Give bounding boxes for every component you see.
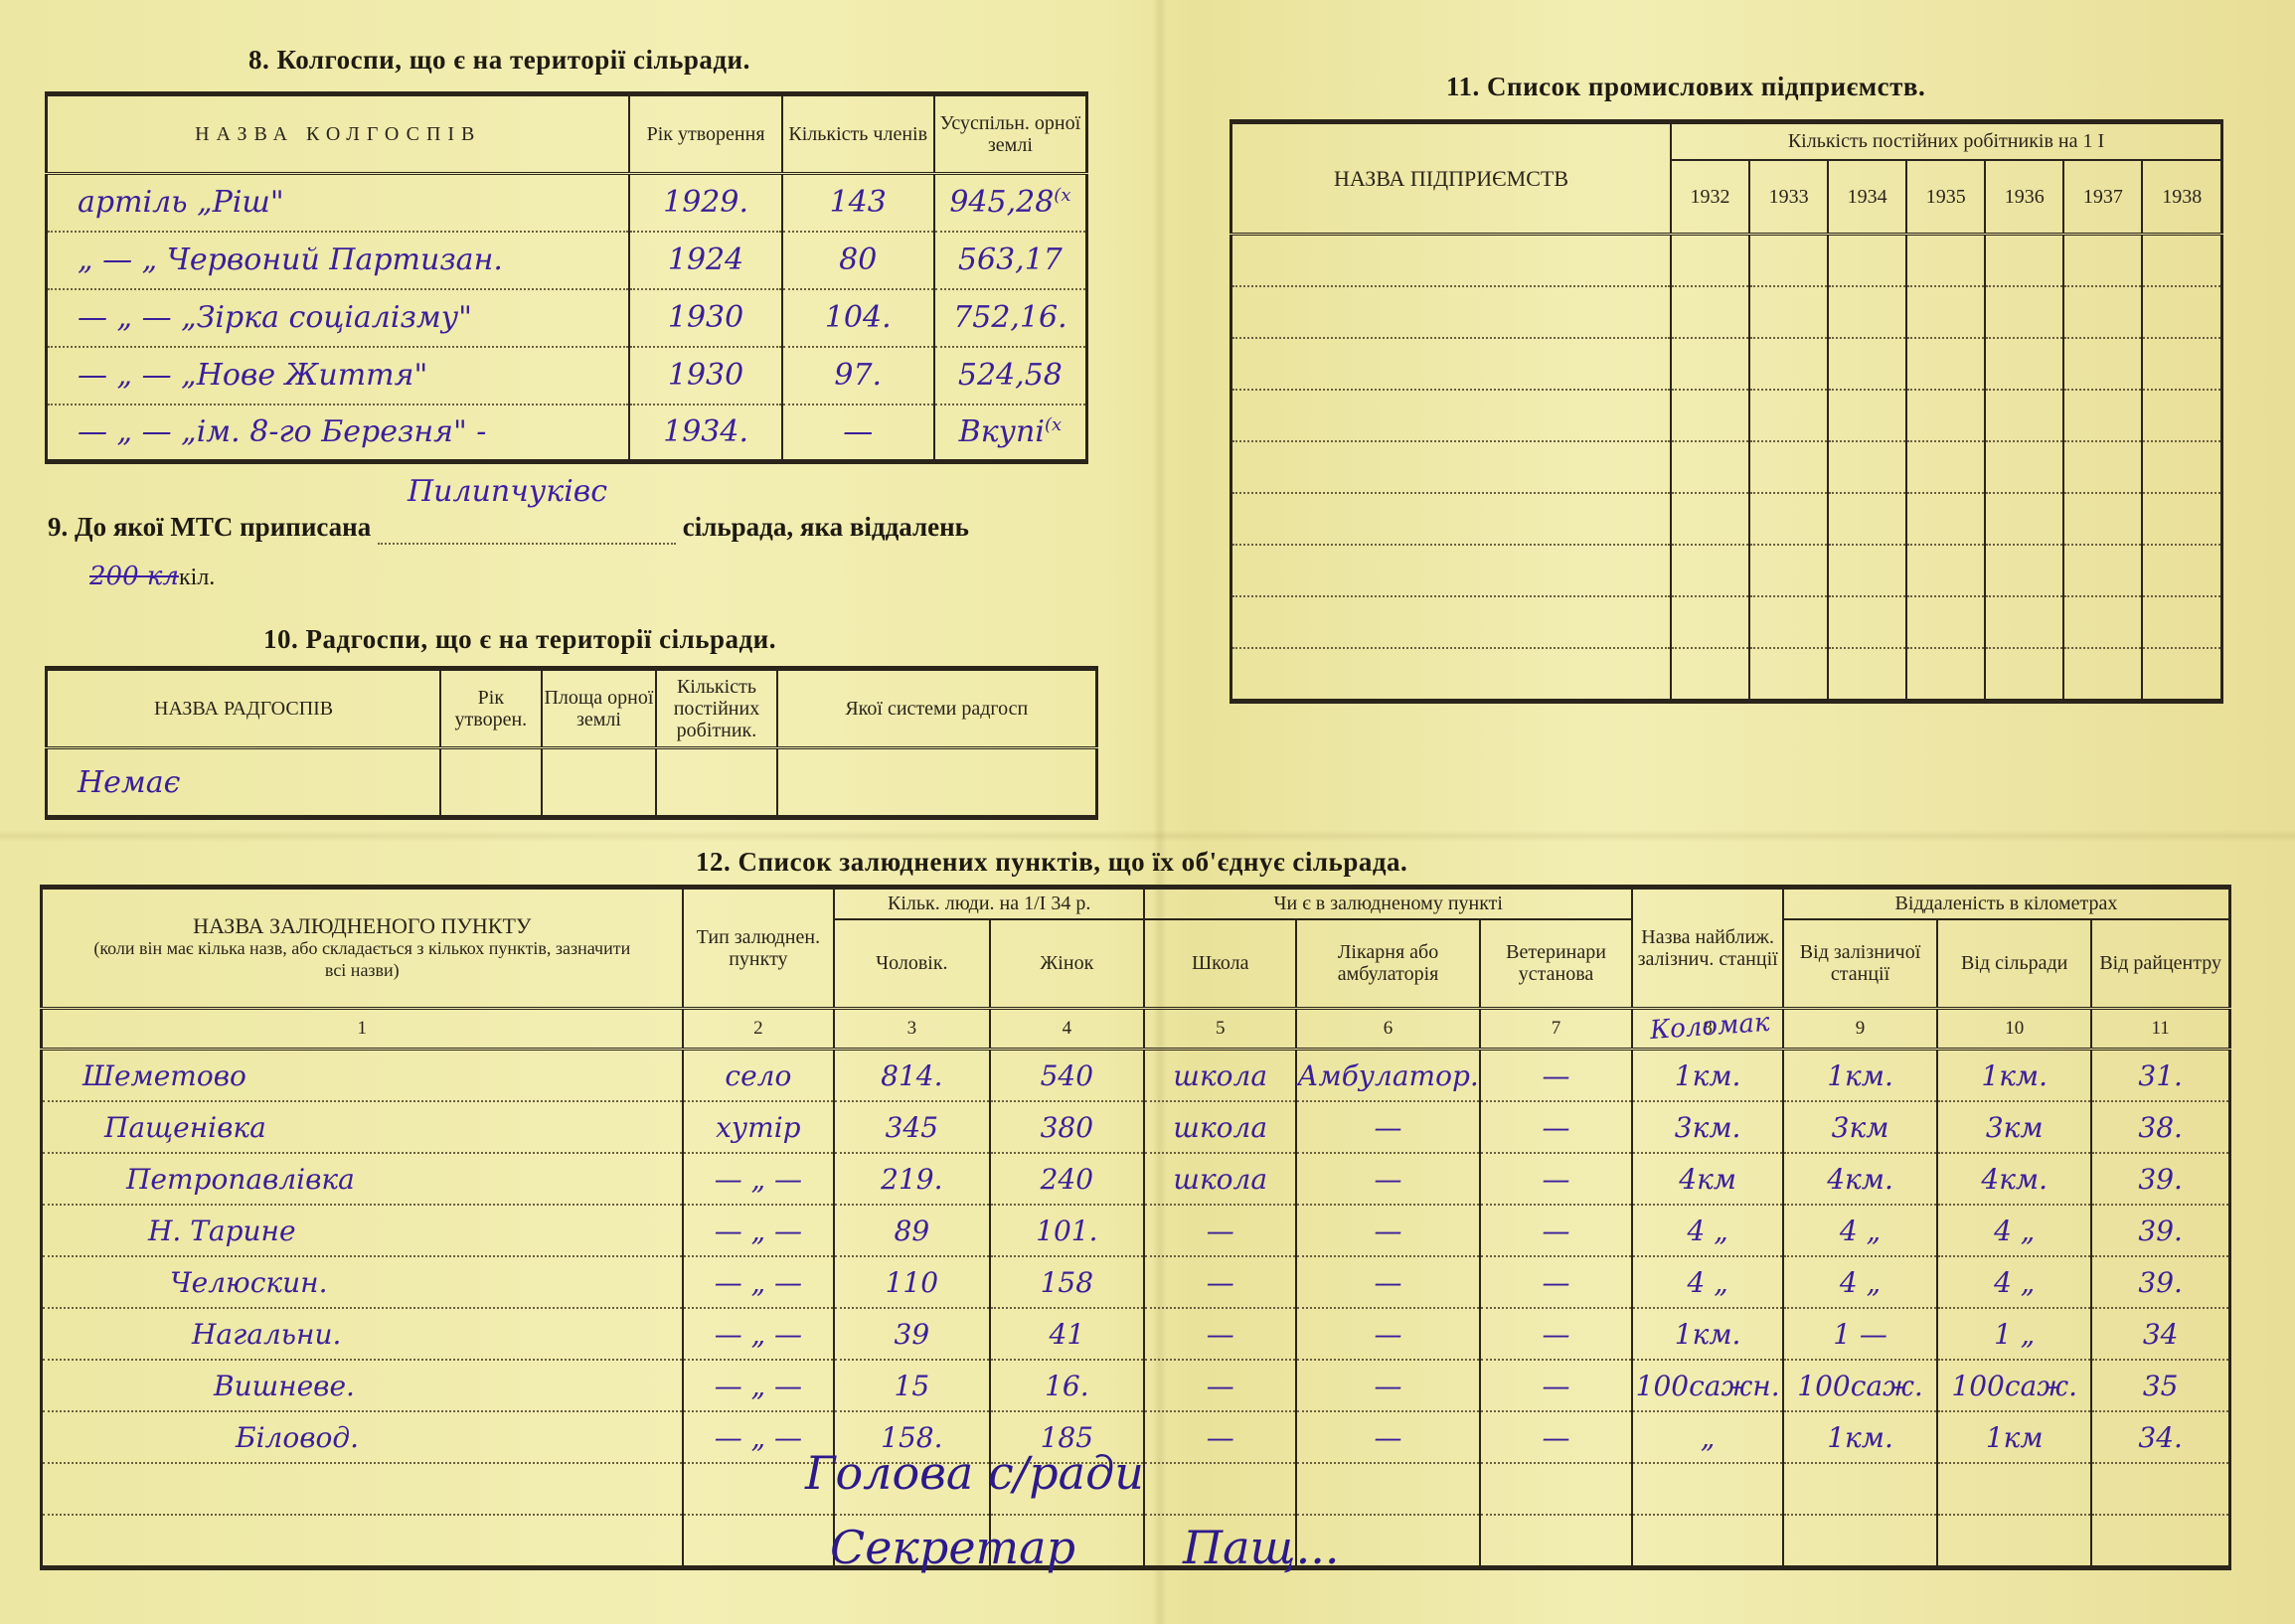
table-row (1231, 545, 2222, 596)
column-number: 2 (683, 1009, 835, 1050)
empty-cell (1231, 648, 1672, 702)
settlement-name: Вишневе. (42, 1360, 683, 1411)
women-count: 240 (990, 1153, 1145, 1205)
radhosp-area (542, 748, 657, 818)
column-number: 9 (1783, 1009, 1937, 1050)
settlement-type: — „ — (683, 1308, 835, 1360)
settlement-type: хутір (683, 1101, 835, 1153)
mts-line: 9. До якої МТС приписана Пилипчуківс сіл… (48, 512, 969, 545)
men-count: 89 (834, 1205, 989, 1256)
table-row (1231, 648, 2222, 702)
empty-cell (1828, 338, 1906, 390)
header-from-center: Від райцентру (2091, 919, 2229, 1009)
header-men: Чоловік. (834, 919, 989, 1009)
empty-cell (2063, 596, 2142, 648)
school: школа (1144, 1050, 1296, 1102)
footnote-mark: (х (1045, 414, 1062, 435)
dist-center: 39. (2091, 1256, 2229, 1308)
empty-cell (683, 1515, 835, 1568)
kolhosp-year: 1924 (629, 232, 781, 289)
kolhosp-name: — „ — „Нове Життя" (47, 347, 630, 405)
settlement-type: — „ — (683, 1256, 835, 1308)
header-year-1938: 1938 (2142, 160, 2221, 235)
table-row (1231, 235, 2222, 287)
header-station: Назва найближ. залізнич. станції (1632, 888, 1783, 1009)
dist-rail: 3км (1783, 1101, 1937, 1153)
empty-cell (1671, 545, 1749, 596)
empty-cell (2063, 441, 2142, 493)
empty-cell (1671, 596, 1749, 648)
table-row: — „ — „ім. 8-го Березня" -1934.—Вкупі(х (47, 405, 1087, 462)
empty-cell (1231, 545, 1672, 596)
empty-cell (1906, 596, 1985, 648)
header-hospital: Лікарня або амбулаторія (1296, 919, 1480, 1009)
table-row (1231, 338, 2222, 390)
header-year: Рік утворення (629, 94, 781, 174)
table-row: Немає (47, 748, 1097, 818)
women-count: 41 (990, 1308, 1145, 1360)
header-radhosp-name: НАЗВА РАДГОСПІВ (47, 669, 441, 748)
header-year-1936: 1936 (1985, 160, 2063, 235)
header-radhosp-area: Площа орної землі (542, 669, 657, 748)
mts-distance: 200 кл (89, 562, 179, 591)
hospital: — (1296, 1256, 1480, 1308)
dist-center: 35 (2091, 1360, 2229, 1411)
hospital: Амбулатор. (1296, 1050, 1480, 1102)
dist-center: 31. (2091, 1050, 2229, 1102)
table-row: Вишневе.— „ —1516.———100сажн.100саж.100с… (42, 1360, 2230, 1411)
dist-council: 4 „ (1937, 1256, 2091, 1308)
dist-rail: 4 „ (1783, 1205, 1937, 1256)
station-distance: 1км. (1632, 1050, 1783, 1102)
header-vet: Ветеринари установа (1480, 919, 1633, 1009)
empty-cell (2063, 235, 2142, 287)
header-from-council: Від сільради (1937, 919, 2091, 1009)
header-radhosp-system: Якої системи радгосп (777, 669, 1097, 748)
header-settlement-name-note: (коли він має кілька назв, або складаєть… (43, 937, 682, 981)
empty-cell (1749, 235, 1828, 287)
settlement-name: Петропавлівка (42, 1153, 683, 1205)
footnote-mark: (х (1054, 185, 1070, 206)
section8-title: 8. Колгоспи, що є на території сільради. (248, 45, 750, 76)
school: — (1144, 1205, 1296, 1256)
vet-station: — (1480, 1050, 1633, 1102)
empty-cell (1231, 493, 1672, 545)
table-row: Нагальни.— „ —3941———1км.1 —1 „34 (42, 1308, 2230, 1360)
empty-cell (1749, 338, 1828, 390)
empty-cell (1480, 1463, 1633, 1515)
kolhosp-year: 1929. (629, 174, 781, 232)
vet-station: — (1480, 1153, 1633, 1205)
table-row (1231, 493, 2222, 545)
table-row (42, 1515, 2230, 1568)
empty-cell (1749, 493, 1828, 545)
header-radhosp-workers: Кількість постійних робітник. (656, 669, 776, 748)
empty-cell (1828, 286, 1906, 338)
empty-cell (2142, 390, 2221, 441)
kolhosp-table: НАЗВА КОЛГОСПІВ Рік утворення Кількість … (45, 91, 1088, 464)
empty-cell (1828, 648, 1906, 702)
header-year-1934: 1934 (1828, 160, 1906, 235)
dist-center: 38. (2091, 1101, 2229, 1153)
vet-station: — (1480, 1308, 1633, 1360)
women-count: 540 (990, 1050, 1145, 1102)
station-distance: 1км. (1632, 1308, 1783, 1360)
header-people-group: Кільк. люди. на 1/І 34 р. (834, 888, 1144, 919)
women-count: 101. (990, 1205, 1145, 1256)
school: — (1144, 1360, 1296, 1411)
header-members: Кількість членів (782, 94, 934, 174)
dist-center: 34 (2091, 1308, 2229, 1360)
empty-cell (1828, 545, 1906, 596)
settlement-name: Нагальни. (42, 1308, 683, 1360)
mts-distance-line: 200 клкіл. (89, 562, 215, 591)
dist-rail: 100саж. (1783, 1360, 1937, 1411)
column-number: 11 (2091, 1009, 2229, 1050)
column-number: 6 (1296, 1009, 1480, 1050)
radhosp-system (777, 748, 1097, 818)
empty-cell (1828, 596, 1906, 648)
empty-cell (2063, 648, 2142, 702)
table-row: — „ — „Зірка соціалізму"1930104.752,16. (47, 289, 1087, 347)
settlement-name: Пащенівка (42, 1101, 683, 1153)
dist-council: 1км. (1937, 1050, 2091, 1102)
column-number: 5 (1144, 1009, 1296, 1050)
hospital: — (1296, 1153, 1480, 1205)
empty-cell (1144, 1463, 1296, 1515)
empty-cell (1906, 545, 1985, 596)
section11-title: 11. Список промислових підприємств. (1446, 72, 1925, 102)
empty-cell (1906, 235, 1985, 287)
kolhosp-members: 143 (782, 174, 934, 232)
empty-cell (1632, 1463, 1783, 1515)
empty-cell (1749, 390, 1828, 441)
settlement-name: Біловод. (42, 1411, 683, 1463)
empty-cell (2142, 338, 2221, 390)
empty-cell (2063, 493, 2142, 545)
empty-cell (1906, 338, 1985, 390)
vet-station: — (1480, 1360, 1633, 1411)
empty-cell (1985, 235, 2063, 287)
station-distance: „ (1632, 1411, 1783, 1463)
empty-cell (1671, 235, 1749, 287)
empty-cell (1296, 1463, 1480, 1515)
header-year-1932: 1932 (1671, 160, 1749, 235)
table-row (1231, 286, 2222, 338)
hospital: — (1296, 1205, 1480, 1256)
empty-cell (1749, 648, 1828, 702)
empty-cell (1231, 338, 1672, 390)
kolhosp-name: — „ — „ім. 8-го Березня" - (47, 405, 630, 462)
empty-cell (2091, 1463, 2229, 1515)
header-workers-group: Кількість постійних робітників на 1 І (1671, 122, 2222, 160)
station-distance: 4 „ (1632, 1256, 1783, 1308)
settlement-type: — „ — (683, 1205, 835, 1256)
empty-cell (1985, 441, 2063, 493)
kolhosp-name: артіль „Ріш" (47, 174, 630, 232)
header-settlement-name-title: НАЗВА ЗАЛЮДНЕНОГО ПУНКТУ (43, 915, 682, 937)
column-number: 1 (42, 1009, 683, 1050)
kolhosp-land: 752,16. (934, 289, 1087, 347)
men-count: 15 (834, 1360, 989, 1411)
kolhosp-name: „ — „ Червоний Партизан. (47, 232, 630, 289)
kolhosp-members: 97. (782, 347, 934, 405)
empty-cell (1632, 1515, 1783, 1568)
vet-station: — (1480, 1101, 1633, 1153)
dist-rail: 1км. (1783, 1411, 1937, 1463)
dist-rail: 4км. (1783, 1153, 1937, 1205)
empty-cell (1906, 286, 1985, 338)
empty-cell (2063, 545, 2142, 596)
men-count: 39 (834, 1308, 989, 1360)
secretary-label: Секретар (830, 1521, 1075, 1574)
women-count: 16. (990, 1360, 1145, 1411)
settlement-type: — „ — (683, 1153, 835, 1205)
station-distance: 3км. (1632, 1101, 1783, 1153)
settlement-type: село (683, 1050, 835, 1102)
dist-center: 39. (2091, 1205, 2229, 1256)
header-has-group: Чи є в залюдненому пункті (1144, 888, 1632, 919)
empty-cell (1671, 390, 1749, 441)
women-count: 158 (990, 1256, 1145, 1308)
empty-cell (1671, 493, 1749, 545)
empty-cell (1985, 338, 2063, 390)
header-year-1933: 1933 (1749, 160, 1828, 235)
empty-cell (2142, 596, 2221, 648)
header-type: Тип залюднен. пункту (683, 888, 835, 1009)
empty-cell (2142, 286, 2221, 338)
dist-rail: 1км. (1783, 1050, 1937, 1102)
school: — (1144, 1411, 1296, 1463)
empty-cell (1906, 648, 1985, 702)
header-from-rail: Від залізничої станції (1783, 919, 1937, 1009)
empty-cell (1231, 390, 1672, 441)
school: — (1144, 1256, 1296, 1308)
table-row: „ — „ Червоний Партизан.192480563,17 (47, 232, 1087, 289)
dist-council: 1км (1937, 1411, 2091, 1463)
empty-cell (2063, 390, 2142, 441)
column-number: 3 (834, 1009, 989, 1050)
kolhosp-land: 945,28(х (934, 174, 1087, 232)
settlement-name: Шеметово (42, 1050, 683, 1102)
header-enterprise-name: НАЗВА ПІДПРИЄМСТВ (1231, 122, 1672, 235)
dist-center: 34. (2091, 1411, 2229, 1463)
men-count: 110 (834, 1256, 989, 1308)
table-row (1231, 441, 2222, 493)
station-distance: 100сажн. (1632, 1360, 1783, 1411)
empty-cell (1906, 390, 1985, 441)
vet-station: — (1480, 1205, 1633, 1256)
empty-cell (1231, 286, 1672, 338)
empty-cell (1783, 1515, 1937, 1568)
header-year-1935: 1935 (1906, 160, 1985, 235)
empty-cell (1231, 441, 1672, 493)
dist-council: 3км (1937, 1101, 2091, 1153)
vet-station: — (1480, 1256, 1633, 1308)
empty-cell (1906, 441, 1985, 493)
empty-cell (2142, 545, 2221, 596)
empty-cell (1828, 493, 1906, 545)
mts-prefix: 9. До якої МТС приписана (48, 512, 371, 542)
radhosp-table: НАЗВА РАДГОСПІВ Рік утворен. Площа орної… (45, 666, 1098, 820)
chairman-signature: Голова с/ради (805, 1446, 1144, 1500)
section12-title: 12. Список залюднених пунктів, що їх об'… (696, 847, 1407, 878)
empty-cell (1480, 1515, 1633, 1568)
column-number: 10 (1937, 1009, 2091, 1050)
empty-cell (2091, 1515, 2229, 1568)
station-distance: 4 „ (1632, 1205, 1783, 1256)
table-row: Шеметовосело814.540школаАмбулатор.—1км.1… (42, 1050, 2230, 1102)
empty-cell (42, 1515, 683, 1568)
men-count: 219. (834, 1153, 989, 1205)
radhosp-workers (656, 748, 776, 818)
table-row (1231, 390, 2222, 441)
mts-unit: кіл. (179, 565, 215, 590)
empty-cell (1231, 235, 1672, 287)
men-count: 345 (834, 1101, 989, 1153)
dist-council: 4км. (1937, 1153, 2091, 1205)
station-distance: 4км (1632, 1153, 1783, 1205)
empty-cell (1937, 1515, 2091, 1568)
empty-cell (1985, 390, 2063, 441)
empty-cell (1783, 1463, 1937, 1515)
header-kolhosp-name: НАЗВА КОЛГОСПІВ (47, 94, 630, 174)
column-number: 4 (990, 1009, 1145, 1050)
dist-council: 100саж. (1937, 1360, 2091, 1411)
settlement-type: — „ — (683, 1360, 835, 1411)
settlement-name: Н. Тарине (42, 1205, 683, 1256)
table-row: — „ — „Нове Життя"193097.524,58 (47, 347, 1087, 405)
table-row: Петропавлівка— „ —219.240школа——4км4км.4… (42, 1153, 2230, 1205)
empty-cell (2142, 235, 2221, 287)
kolhosp-members: 80 (782, 232, 934, 289)
empty-cell (1906, 493, 1985, 545)
empty-cell (2063, 286, 2142, 338)
empty-cell (1828, 390, 1906, 441)
empty-cell (1671, 286, 1749, 338)
header-dist-group: Віддаленість в кілометрах (1783, 888, 2230, 919)
kolhosp-land: 524,58 (934, 347, 1087, 405)
dist-rail: 4 „ (1783, 1256, 1937, 1308)
empty-cell (1985, 286, 2063, 338)
dist-center: 39. (2091, 1153, 2229, 1205)
column-number: 7 (1480, 1009, 1633, 1050)
header-radhosp-year: Рік утворен. (440, 669, 541, 748)
hospital: — (1296, 1411, 1480, 1463)
empty-cell (1671, 648, 1749, 702)
enterprise-table: НАЗВА ПІДПРИЄМСТВ Кількість постійних ро… (1229, 119, 2223, 704)
table-row: Пащенівкахутір345380школа——3км.3км3км38. (42, 1101, 2230, 1153)
empty-cell (42, 1463, 683, 1515)
header-land: Усуспільн. орної землі (934, 94, 1087, 174)
empty-cell (1749, 441, 1828, 493)
table-row: Челюскин.— „ —110158———4 „4 „4 „39. (42, 1256, 2230, 1308)
empty-cell (1828, 441, 1906, 493)
empty-cell (2142, 493, 2221, 545)
table-row (1231, 596, 2222, 648)
empty-cell (1985, 648, 2063, 702)
dist-rail: 1 — (1783, 1308, 1937, 1360)
dist-council: 4 „ (1937, 1205, 2091, 1256)
vet-station: — (1480, 1411, 1633, 1463)
mts-name: Пилипчуківс (408, 474, 607, 509)
kolhosp-year: 1934. (629, 405, 781, 462)
men-count: 814. (834, 1050, 989, 1102)
empty-cell (1985, 493, 2063, 545)
kolhosp-year: 1930 (629, 347, 781, 405)
empty-cell (1749, 286, 1828, 338)
hospital: — (1296, 1101, 1480, 1153)
empty-cell (1749, 596, 1828, 648)
dist-council: 1 „ (1937, 1308, 2091, 1360)
kolhosp-name: — „ — „Зірка соціалізму" (47, 289, 630, 347)
empty-cell (1749, 545, 1828, 596)
header-year-1937: 1937 (2063, 160, 2142, 235)
hospital: — (1296, 1308, 1480, 1360)
mts-middle: сільрада, яка віддалень (683, 512, 969, 542)
kolhosp-land: Вкупі(х (934, 405, 1087, 462)
school: — (1144, 1308, 1296, 1360)
header-settlement-name: НАЗВА ЗАЛЮДНЕНОГО ПУНКТУ (коли він має к… (42, 888, 683, 1009)
table-row: Н. Тарине— „ —89101.———4 „4 „4 „39. (42, 1205, 2230, 1256)
empty-cell (2142, 648, 2221, 702)
settlement-name: Челюскин. (42, 1256, 683, 1308)
school: школа (1144, 1153, 1296, 1205)
empty-cell (1231, 596, 1672, 648)
mts-field: Пилипчуківс (378, 512, 676, 545)
radhosp-name: Немає (47, 748, 441, 818)
kolhosp-members: 104. (782, 289, 934, 347)
empty-cell (1985, 545, 2063, 596)
kolhosp-members: — (782, 405, 934, 462)
empty-cell (1985, 596, 2063, 648)
women-count: 380 (990, 1101, 1145, 1153)
horizontal-fold (0, 830, 2295, 842)
empty-cell (1828, 235, 1906, 287)
header-women: Жінок (990, 919, 1145, 1009)
hospital: — (1296, 1360, 1480, 1411)
kolhosp-year: 1930 (629, 289, 781, 347)
table-row: артіль „Ріш"1929.143945,28(х (47, 174, 1087, 232)
radhosp-year (440, 748, 541, 818)
header-school: Школа (1144, 919, 1296, 1009)
section10-title: 10. Радгоспи, що є на території сільради… (263, 624, 776, 655)
empty-cell (2063, 338, 2142, 390)
school: школа (1144, 1101, 1296, 1153)
kolhosp-land: 563,17 (934, 232, 1087, 289)
empty-cell (1671, 338, 1749, 390)
secretary-signature: Пащ... (1183, 1521, 1339, 1574)
empty-cell (1937, 1463, 2091, 1515)
empty-cell (1671, 441, 1749, 493)
empty-cell (2142, 441, 2221, 493)
